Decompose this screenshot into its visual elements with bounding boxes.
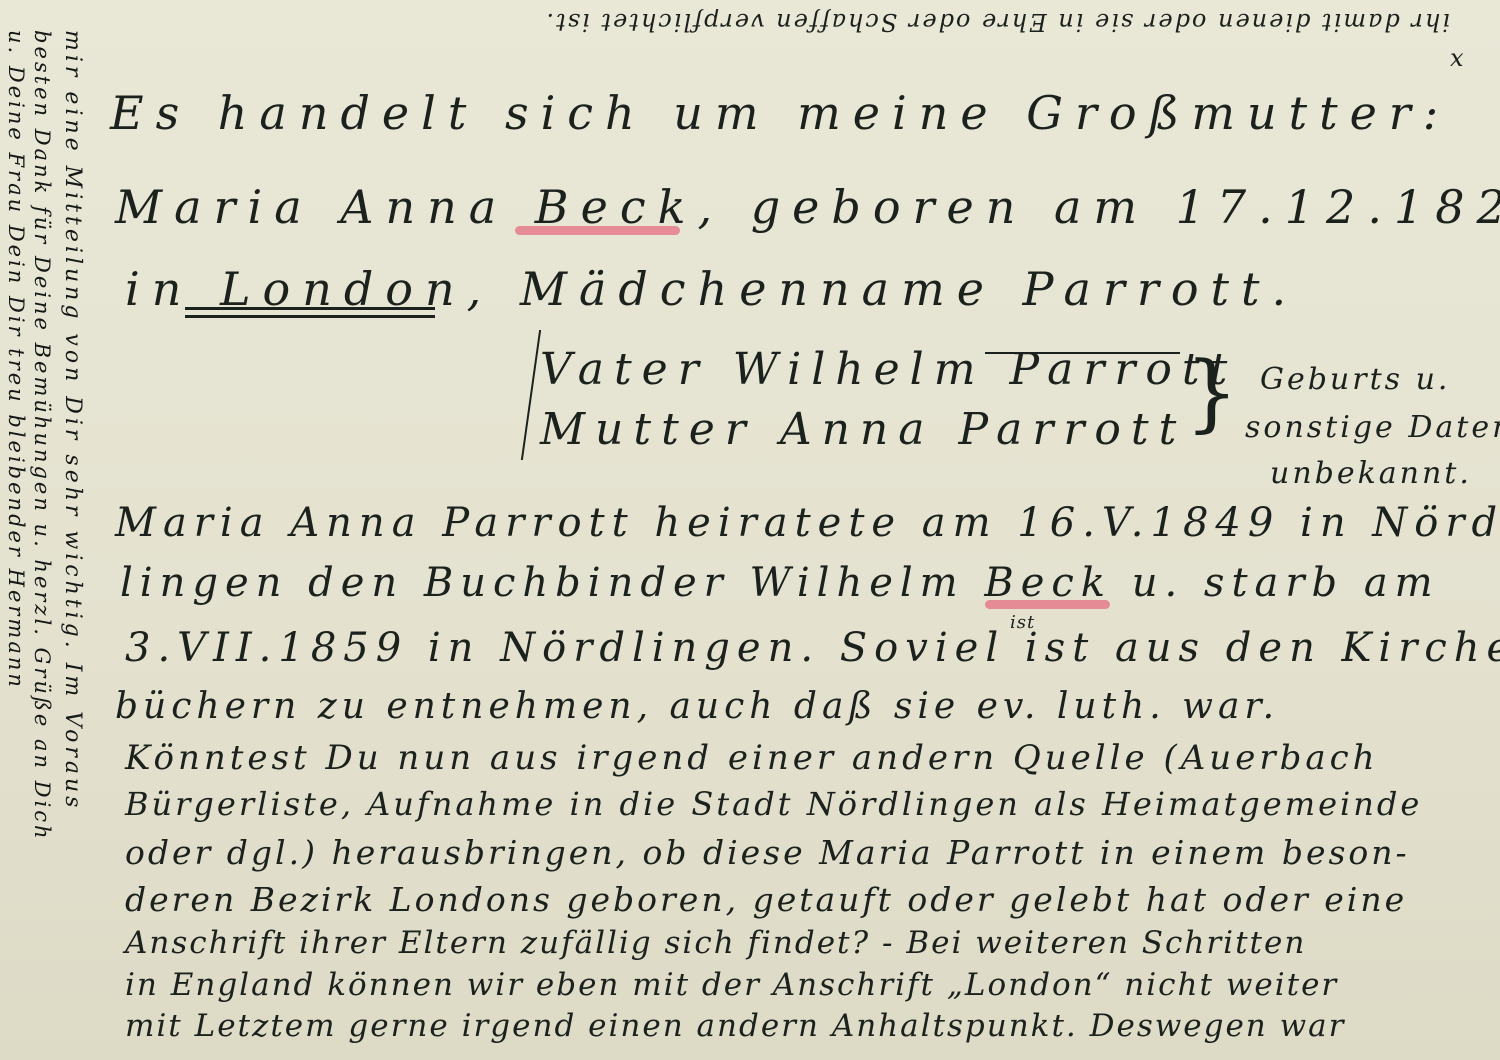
letter-line-12: oder dgl.) herausbringen, ob diese Maria… [125,833,1410,872]
father-name-strike [985,352,1180,354]
highlight-beck-1 [515,226,680,235]
letter-line-13: deren Bezirk Londons geboren, getauft od… [125,880,1407,919]
letter-line-9: büchern zu entnehmen, auch daß sie ev. l… [115,686,1279,727]
margin-vertical-line-2: besten Dank für Deine Bemühungen u. herz… [30,30,54,1060]
brace-note-line-2: sonstige Daten [1245,410,1500,445]
london-underline-2 [185,315,435,318]
letter-line-15: in England können wir eben mit der Ansch… [125,967,1338,1003]
letter-line-7: lingen den Buchbinder Wilhelm Beck u. st… [120,560,1440,606]
letter-line-6: Maria Anna Parrott heiratete am 16.V.184… [115,500,1500,546]
corner-x-mark: x [1450,44,1466,72]
upside-down-header-line: ihr damit dienen oder sie in Ehre oder S… [340,8,1450,36]
parents-line-mother: Mutter Anna Parrott [540,404,1186,455]
letter-line-1: Es handelt sich um meine Großmutter: [110,86,1450,140]
brace-note-line-1: Geburts u. [1260,362,1450,397]
letter-line-14: Anschrift ihrer Eltern zufällig sich fin… [125,925,1306,961]
brace-note-line-3: unbekannt. [1270,456,1472,491]
margin-vertical-line-3: u. Deine Frau Dein Dir treu bleibender H… [4,30,28,1060]
london-underline-1 [185,307,435,310]
highlight-beck-2 [985,600,1110,609]
margin-vertical-line-1: mir eine Mitteilung von Dir sehr wichtig… [60,30,85,1060]
curly-brace: } [1185,350,1238,434]
letter-line-11: Bürgerliste, Aufnahme in die Stadt Nördl… [125,785,1422,823]
letter-line-8: 3.VII.1859 in Nördlingen. Soviel ist aus… [125,625,1500,671]
letter-line-2: Maria Anna Beck, geboren am 17.12.1820 [115,180,1500,234]
letter-line-10: Könntest Du nun aus irgend einer andern … [125,738,1379,778]
letter-line-16: mit Letztem gerne irgend einen andern An… [125,1008,1345,1044]
